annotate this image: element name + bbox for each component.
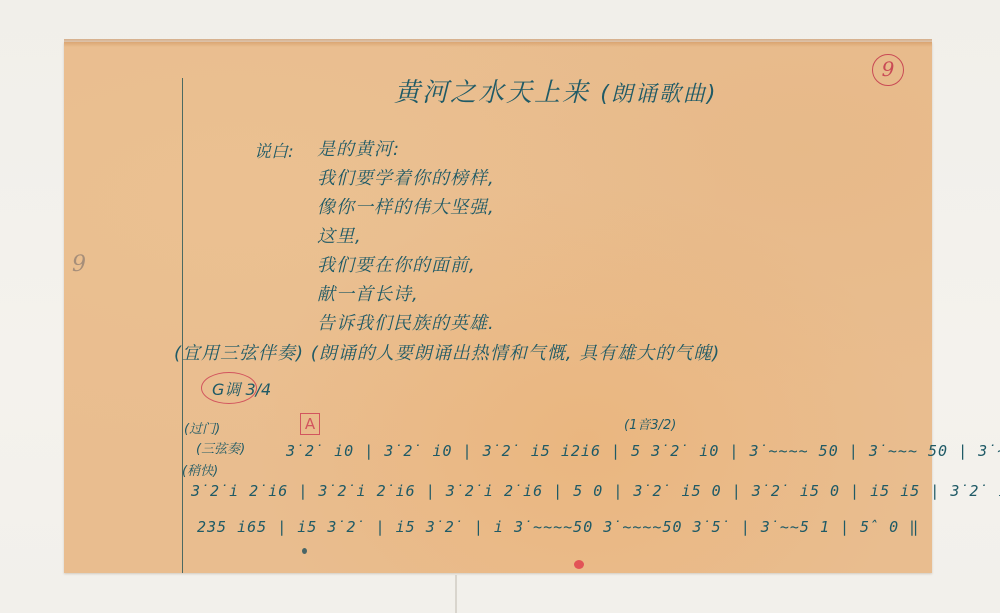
- key-signature: G调 3/4: [212, 377, 271, 400]
- page-number-circled: 9: [872, 54, 904, 86]
- torn-top-edge: [64, 39, 932, 47]
- song-title: 黄河之水天上来 (朗诵歌曲): [394, 72, 717, 109]
- narration-line: 是的黄河:: [317, 135, 495, 164]
- part-label-sanxian: (三弦奏): [196, 438, 245, 457]
- narration-line: 告诉我们民族的英雄.: [317, 309, 495, 338]
- title-subtitle: (朗诵歌曲): [600, 82, 717, 107]
- part-label-interlude: (过门): [184, 418, 220, 437]
- notation-line-3: 235 i65 | i5 3̇2̇ | i5 3̇2̇ | i 3̇~~~~50…: [197, 518, 919, 536]
- manuscript-paper: 黄河之水天上来 (朗诵歌曲) 9 9 说白: 是的黄河: 我们要学着你的榜样, …: [64, 42, 932, 573]
- blue-ink-spot: [302, 548, 307, 554]
- rehearsal-mark: A: [300, 413, 320, 435]
- red-ink-spot: [574, 560, 584, 569]
- notation-line-2: 3̇2̇i 2̇i6 | 3̇2̇i 2̇i6 | 3̇2̇i 2̇i6 | 5…: [191, 482, 1000, 500]
- pencil-page-mark: 9: [72, 252, 86, 277]
- narration-line: 我们要在你的面前,: [317, 251, 495, 280]
- notation-line-1: 3̇2̇ i0 | 3̇2̇ i0 | 3̇2̇ i5 i2i6 | 5 3̇2…: [286, 442, 1000, 460]
- margin-line: [182, 78, 183, 573]
- narration-text: 是的黄河: 我们要学着你的榜样, 像你一样的伟大坚强, 这里, 我们要在你的面前…: [317, 135, 495, 338]
- narration-label: 说白:: [254, 137, 294, 162]
- narration-line: 我们要学着你的榜样,: [317, 164, 495, 193]
- performance-instruction: (宜用三弦伴奏) (朗诵的人要朗诵出热情和气慨, 具有雄大的气魄): [174, 339, 720, 365]
- title-main: 黄河之水天上来: [394, 78, 590, 108]
- narration-line: 这里,: [317, 222, 495, 251]
- part-label-tempo: (稍快): [182, 460, 218, 479]
- aside-annotation: (1音3/2): [624, 414, 676, 433]
- background-fold-crease: [455, 575, 457, 613]
- narration-line: 献一首长诗,: [317, 280, 495, 309]
- narration-line: 像你一样的伟大坚强,: [317, 193, 495, 222]
